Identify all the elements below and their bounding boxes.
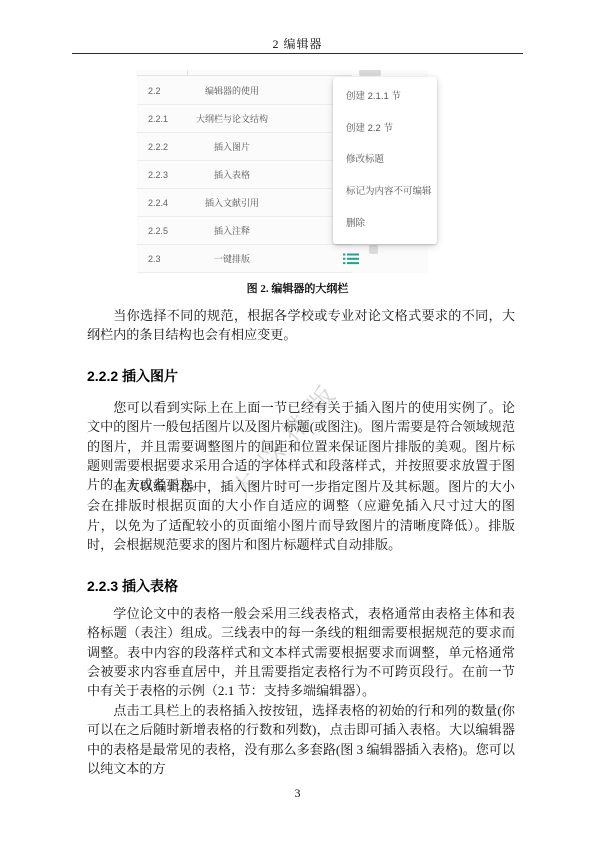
document-page: 2 编辑器 2.2 编辑器的使用 2.2.1 大纲栏与论文结构 2.2.2 插入…: [0, 0, 595, 842]
menu-item-create-section: 创建 2.2 节: [333, 124, 437, 134]
outline-row: 2.2.5 插入注释: [137, 217, 352, 245]
page-number: 3: [0, 786, 595, 801]
outline-row-number: 2.2: [137, 86, 177, 96]
section-heading-2-2-3: 2.2.3 插入表格: [87, 576, 515, 596]
outline-partial-row: [137, 70, 352, 76]
outline-row-title: 插入图片: [177, 140, 287, 153]
figure-caption: 图 2. 编辑器的大纲栏: [0, 280, 595, 296]
outline-row: 2.2 编辑器的使用: [137, 77, 352, 105]
header-rule: [72, 53, 523, 54]
menu-item-create-subsection: 创建 2.1.1 节: [333, 92, 437, 102]
scrollbar-fragment-top: [359, 70, 381, 76]
outline-row-title: 编辑器的使用: [177, 84, 287, 97]
outline-row-title: 插入表格: [177, 168, 287, 181]
column-divider: [187, 70, 188, 76]
outline-row-number: 2.2.3: [137, 170, 177, 180]
menu-item-delete: 删除: [333, 219, 437, 229]
outline-row-title: 一键排版: [177, 252, 287, 265]
menu-item-mark-uneditable: 标记为内容不可编辑: [333, 187, 437, 197]
section-heading-2-2-2: 2.2.2 插入图片: [87, 366, 515, 386]
outline-row-title: 插入注释: [177, 224, 287, 237]
figure-editor-outline-screenshot: 2.2 编辑器的使用 2.2.1 大纲栏与论文结构 2.2.2 插入图片 2.2…: [137, 70, 428, 273]
running-header: 2 编辑器: [0, 35, 595, 52]
outline-row-number: 2.3: [137, 254, 177, 264]
paragraph-insert-image-2: 在大以编辑器中，插入图片时可一步指定图片及其标题。图片的大小会在排版时根据页面的…: [87, 477, 515, 554]
outline-row-number: 2.2.4: [137, 198, 177, 208]
outline-row-number: 2.2.1: [137, 114, 177, 124]
outline-row-number: 2.2.2: [137, 142, 177, 152]
outline-row: 2.2.2 插入图片: [137, 133, 352, 161]
outline-row: 2.2.4 插入文献引用: [137, 189, 352, 217]
outline-row: 2.2.3 插入表格: [137, 161, 352, 189]
paragraph-insert-table-1: 学位论文中的表格一般会采用三线表格式，表格通常由表格主体和表格标题（表注）组成。…: [87, 604, 515, 700]
scrollbar-fragment-bottom: [369, 245, 378, 254]
context-menu: 创建 2.1.1 节 创建 2.2 节 修改标题 标记为内容不可编辑 删除: [333, 77, 437, 244]
paragraph-insert-table-2: 点击工具栏上的表格插入按按钮，选择表格的初始的行和列的数量(你可以在之后随时新增…: [87, 701, 515, 778]
outline-row-title: 大纲栏与论文结构: [177, 112, 287, 125]
outline-row-title: 插入文献引用: [177, 196, 287, 209]
paragraph-intro: 当你选择不同的规范，根据各学校或专业对论文格式要求的不同，大纲栏内的条目结构也会…: [87, 306, 515, 345]
menu-item-edit-title: 修改标题: [333, 155, 437, 165]
outline-row-list: 2.2 编辑器的使用 2.2.1 大纲栏与论文结构 2.2.2 插入图片 2.2…: [137, 77, 352, 273]
outline-row: 2.3 一键排版: [137, 245, 352, 273]
outline-row-number: 2.2.5: [137, 226, 177, 236]
one-click-typeset-list-icon: [343, 252, 359, 264]
outline-row: 2.2.1 大纲栏与论文结构: [137, 105, 352, 133]
